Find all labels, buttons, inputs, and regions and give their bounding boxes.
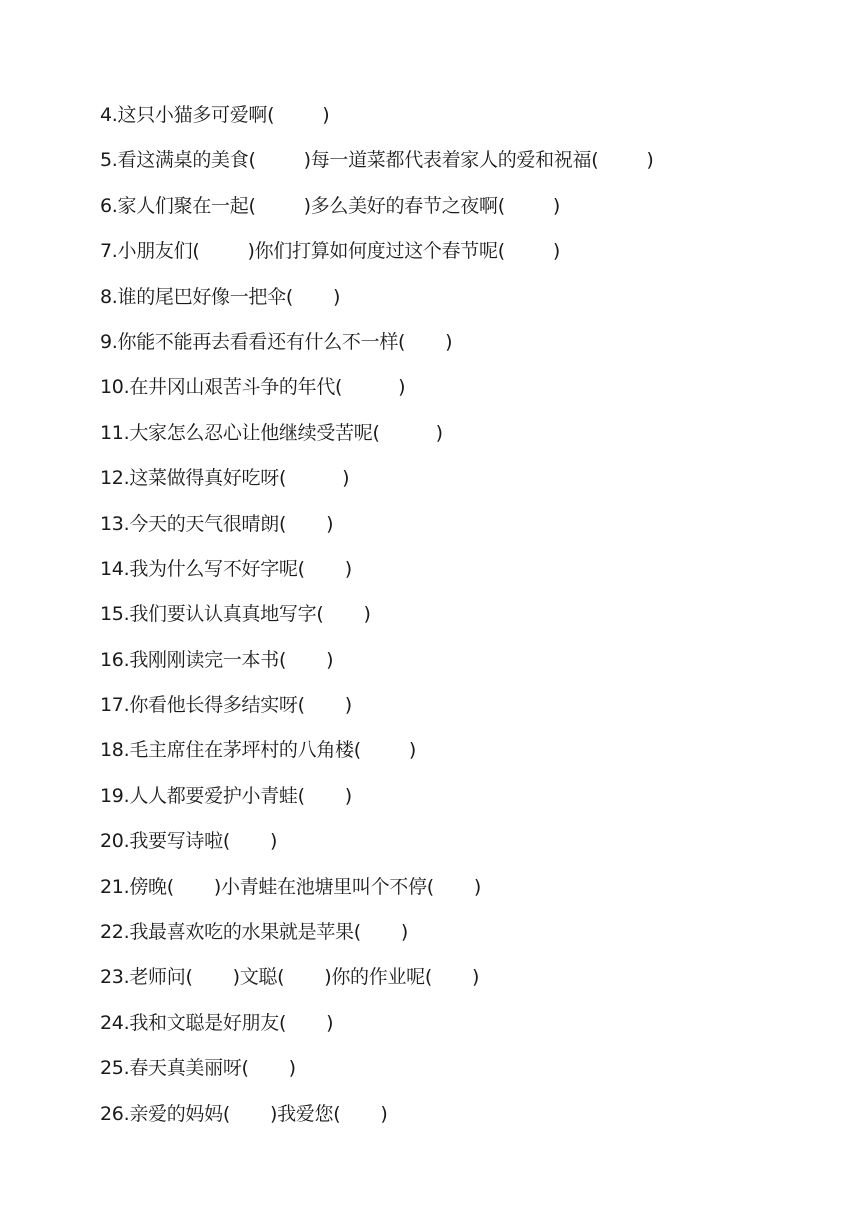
question-text: 你们打算如何度过这个春节呢 bbox=[255, 235, 498, 267]
question-item: 4.这只小猫多可爱啊() bbox=[100, 99, 653, 144]
close-parenthesis: ) bbox=[345, 553, 352, 585]
question-item: 20.我要写诗啦() bbox=[100, 825, 653, 870]
close-parenthesis: ) bbox=[436, 417, 443, 449]
question-text: 小青蛙在池塘里叫个不停 bbox=[221, 871, 427, 903]
question-text: 这只小猫多可爱啊 bbox=[118, 99, 268, 131]
answer-blank[interactable]: () bbox=[354, 734, 416, 766]
question-text: 小朋友们 bbox=[118, 235, 193, 267]
question-item: 25.春天真美丽呀() bbox=[100, 1052, 653, 1097]
question-item: 18.毛主席住在茅坪村的八角楼() bbox=[100, 734, 653, 779]
question-number: 26. bbox=[100, 1098, 129, 1130]
answer-blank[interactable]: () bbox=[335, 371, 405, 403]
close-parenthesis: ) bbox=[646, 144, 653, 176]
answer-blank[interactable]: () bbox=[279, 644, 333, 676]
question-number: 13. bbox=[100, 508, 129, 540]
question-number: 8. bbox=[100, 281, 118, 313]
question-number: 17. bbox=[100, 689, 129, 721]
question-number: 25. bbox=[100, 1052, 129, 1084]
open-parenthesis: ( bbox=[279, 1007, 286, 1039]
close-parenthesis: ) bbox=[409, 734, 416, 766]
question-text: 谁的尾巴好像一把伞 bbox=[118, 281, 286, 313]
question-item: 19.人人都要爱护小青蛙() bbox=[100, 780, 653, 825]
open-parenthesis: ( bbox=[498, 190, 505, 222]
question-text: 我们要认认真真地写字 bbox=[129, 598, 316, 630]
close-parenthesis: ) bbox=[333, 281, 340, 313]
close-parenthesis: ) bbox=[326, 1007, 333, 1039]
close-parenthesis: ) bbox=[345, 780, 352, 812]
question-item: 15.我们要认认真真地写字() bbox=[100, 598, 653, 643]
close-parenthesis: ) bbox=[345, 689, 352, 721]
close-parenthesis: ) bbox=[326, 644, 333, 676]
close-parenthesis: ) bbox=[247, 235, 254, 267]
answer-blank[interactable]: () bbox=[591, 144, 653, 176]
question-text: 毛主席住在茅坪村的八角楼 bbox=[129, 734, 353, 766]
close-parenthesis: ) bbox=[214, 871, 221, 903]
open-parenthesis: ( bbox=[223, 1098, 230, 1130]
question-item: 5.看这满桌的美食()每一道菜都代表着家人的爱和祝福() bbox=[100, 144, 653, 189]
answer-blank[interactable]: () bbox=[279, 508, 333, 540]
open-parenthesis: ( bbox=[354, 734, 361, 766]
question-text: 大家怎么忍心让他继续受苦呢 bbox=[129, 417, 372, 449]
close-parenthesis: ) bbox=[289, 1052, 296, 1084]
close-parenthesis: ) bbox=[401, 916, 408, 948]
worksheet-page: 4.这只小猫多可爱啊()5.看这满桌的美食()每一道菜都代表着家人的爱和祝福()… bbox=[0, 0, 867, 1226]
question-text: 人人都要爱护小青蛙 bbox=[129, 780, 297, 812]
open-parenthesis: ( bbox=[286, 281, 293, 313]
answer-blank[interactable]: () bbox=[248, 190, 310, 222]
question-text: 亲爱的妈妈 bbox=[129, 1098, 223, 1130]
open-parenthesis: ( bbox=[316, 598, 323, 630]
question-item: 13.今天的天气很晴朗() bbox=[100, 508, 653, 553]
open-parenthesis: ( bbox=[354, 916, 361, 948]
question-number: 10. bbox=[100, 371, 129, 403]
answer-blank[interactable]: () bbox=[223, 825, 277, 857]
question-text: 春天真美丽呀 bbox=[129, 1052, 241, 1084]
question-item: 12.这菜做得真好吃呀() bbox=[100, 462, 653, 507]
close-parenthesis: ) bbox=[380, 1098, 387, 1130]
question-number: 19. bbox=[100, 780, 129, 812]
question-text: 多么美好的春节之夜啊 bbox=[311, 190, 498, 222]
answer-blank[interactable]: () bbox=[286, 281, 340, 313]
answer-blank[interactable]: () bbox=[279, 1007, 333, 1039]
answer-blank[interactable]: () bbox=[298, 689, 352, 721]
question-item: 10.在井冈山艰苦斗争的年代() bbox=[100, 371, 653, 416]
question-item: 8.谁的尾巴好像一把伞() bbox=[100, 281, 653, 326]
question-number: 5. bbox=[100, 144, 118, 176]
question-text: 在井冈山艰苦斗争的年代 bbox=[129, 371, 335, 403]
answer-blank[interactable]: () bbox=[277, 961, 331, 993]
open-parenthesis: ( bbox=[267, 99, 274, 131]
close-parenthesis: ) bbox=[233, 961, 240, 993]
question-item: 9.你能不能再去看看还有什么不一样() bbox=[100, 326, 653, 371]
close-parenthesis: ) bbox=[326, 508, 333, 540]
close-parenthesis: ) bbox=[270, 825, 277, 857]
question-text: 看这满桌的美食 bbox=[118, 144, 249, 176]
open-parenthesis: ( bbox=[398, 326, 405, 358]
open-parenthesis: ( bbox=[591, 144, 598, 176]
question-item: 23.老师问()文聪()你的作业呢() bbox=[100, 961, 653, 1006]
question-item: 17.你看他长得多结实呀() bbox=[100, 689, 653, 734]
question-item: 16.我刚刚读完一本书() bbox=[100, 644, 653, 689]
answer-blank[interactable]: () bbox=[279, 462, 349, 494]
question-number: 12. bbox=[100, 462, 129, 494]
open-parenthesis: ( bbox=[298, 553, 305, 585]
question-number: 23. bbox=[100, 961, 129, 993]
answer-blank[interactable]: () bbox=[192, 235, 254, 267]
question-text: 这菜做得真好吃呀 bbox=[129, 462, 279, 494]
close-parenthesis: ) bbox=[304, 190, 311, 222]
question-text: 我要写诗啦 bbox=[129, 825, 223, 857]
question-text: 每一道菜都代表着家人的爱和祝福 bbox=[311, 144, 592, 176]
open-parenthesis: ( bbox=[279, 508, 286, 540]
close-parenthesis: ) bbox=[342, 462, 349, 494]
answer-blank[interactable]: () bbox=[354, 916, 408, 948]
close-parenthesis: ) bbox=[553, 235, 560, 267]
answer-blank[interactable]: () bbox=[167, 871, 221, 903]
answer-blank[interactable]: () bbox=[372, 417, 442, 449]
open-parenthesis: ( bbox=[333, 1098, 340, 1130]
question-text: 你看他长得多结实呀 bbox=[129, 689, 297, 721]
open-parenthesis: ( bbox=[242, 1052, 249, 1084]
open-parenthesis: ( bbox=[277, 961, 284, 993]
question-item: 22.我最喜欢吃的水果就是苹果() bbox=[100, 916, 653, 961]
question-number: 21. bbox=[100, 871, 129, 903]
question-text: 我和文聪是好朋友 bbox=[129, 1007, 279, 1039]
question-item: 14.我为什么写不好字呢() bbox=[100, 553, 653, 598]
answer-blank[interactable]: () bbox=[185, 961, 239, 993]
question-item: 11.大家怎么忍心让他继续受苦呢() bbox=[100, 417, 653, 462]
close-parenthesis: ) bbox=[398, 371, 405, 403]
answer-blank[interactable]: () bbox=[425, 961, 479, 993]
question-number: 15. bbox=[100, 598, 129, 630]
open-parenthesis: ( bbox=[425, 961, 432, 993]
open-parenthesis: ( bbox=[248, 144, 255, 176]
open-parenthesis: ( bbox=[248, 190, 255, 222]
answer-blank[interactable]: () bbox=[248, 144, 310, 176]
question-text: 家人们聚在一起 bbox=[118, 190, 249, 222]
punctuation-question-list: 4.这只小猫多可爱啊()5.看这满桌的美食()每一道菜都代表着家人的爱和祝福()… bbox=[100, 99, 653, 1143]
answer-blank[interactable]: () bbox=[267, 99, 329, 131]
close-parenthesis: ) bbox=[363, 598, 370, 630]
answer-blank[interactable]: () bbox=[498, 235, 560, 267]
question-text: 我为什么写不好字呢 bbox=[129, 553, 297, 585]
close-parenthesis: ) bbox=[322, 99, 329, 131]
question-text: 文聪 bbox=[240, 961, 277, 993]
question-number: 16. bbox=[100, 644, 129, 676]
question-number: 7. bbox=[100, 235, 118, 267]
close-parenthesis: ) bbox=[324, 961, 331, 993]
close-parenthesis: ) bbox=[553, 190, 560, 222]
question-text: 你的作业呢 bbox=[331, 961, 425, 993]
open-parenthesis: ( bbox=[298, 780, 305, 812]
question-text: 我爱您 bbox=[277, 1098, 333, 1130]
close-parenthesis: ) bbox=[445, 326, 452, 358]
open-parenthesis: ( bbox=[372, 417, 379, 449]
open-parenthesis: ( bbox=[223, 825, 230, 857]
question-number: 22. bbox=[100, 916, 129, 948]
question-number: 6. bbox=[100, 190, 118, 222]
question-number: 14. bbox=[100, 553, 129, 585]
answer-blank[interactable]: () bbox=[223, 1098, 277, 1130]
question-number: 4. bbox=[100, 99, 118, 131]
close-parenthesis: ) bbox=[474, 871, 481, 903]
open-parenthesis: ( bbox=[185, 961, 192, 993]
question-item: 7.小朋友们()你们打算如何度过这个春节呢() bbox=[100, 235, 653, 280]
close-parenthesis: ) bbox=[472, 961, 479, 993]
question-number: 18. bbox=[100, 734, 129, 766]
question-item: 26.亲爱的妈妈()我爱您() bbox=[100, 1098, 653, 1143]
question-text: 我最喜欢吃的水果就是苹果 bbox=[129, 916, 353, 948]
answer-blank[interactable]: () bbox=[242, 1052, 296, 1084]
close-parenthesis: ) bbox=[304, 144, 311, 176]
answer-blank[interactable]: () bbox=[398, 326, 452, 358]
answer-blank[interactable]: () bbox=[498, 190, 560, 222]
question-text: 你能不能再去看看还有什么不一样 bbox=[118, 326, 399, 358]
question-item: 6.家人们聚在一起()多么美好的春节之夜啊() bbox=[100, 190, 653, 235]
question-item: 21.傍晚()小青蛙在池塘里叫个不停() bbox=[100, 871, 653, 916]
answer-blank[interactable]: () bbox=[298, 553, 352, 585]
question-text: 傍晚 bbox=[129, 871, 166, 903]
open-parenthesis: ( bbox=[298, 689, 305, 721]
open-parenthesis: ( bbox=[498, 235, 505, 267]
close-parenthesis: ) bbox=[270, 1098, 277, 1130]
question-item: 24.我和文聪是好朋友() bbox=[100, 1007, 653, 1052]
question-number: 20. bbox=[100, 825, 129, 857]
answer-blank[interactable]: () bbox=[333, 1098, 387, 1130]
open-parenthesis: ( bbox=[335, 371, 342, 403]
question-number: 11. bbox=[100, 417, 129, 449]
open-parenthesis: ( bbox=[279, 644, 286, 676]
question-text: 老师问 bbox=[129, 961, 185, 993]
open-parenthesis: ( bbox=[427, 871, 434, 903]
answer-blank[interactable]: () bbox=[427, 871, 481, 903]
open-parenthesis: ( bbox=[192, 235, 199, 267]
question-text: 我刚刚读完一本书 bbox=[129, 644, 279, 676]
answer-blank[interactable]: () bbox=[298, 780, 352, 812]
open-parenthesis: ( bbox=[279, 462, 286, 494]
answer-blank[interactable]: () bbox=[316, 598, 370, 630]
open-parenthesis: ( bbox=[167, 871, 174, 903]
question-text: 今天的天气很晴朗 bbox=[129, 508, 279, 540]
question-number: 24. bbox=[100, 1007, 129, 1039]
question-number: 9. bbox=[100, 326, 118, 358]
